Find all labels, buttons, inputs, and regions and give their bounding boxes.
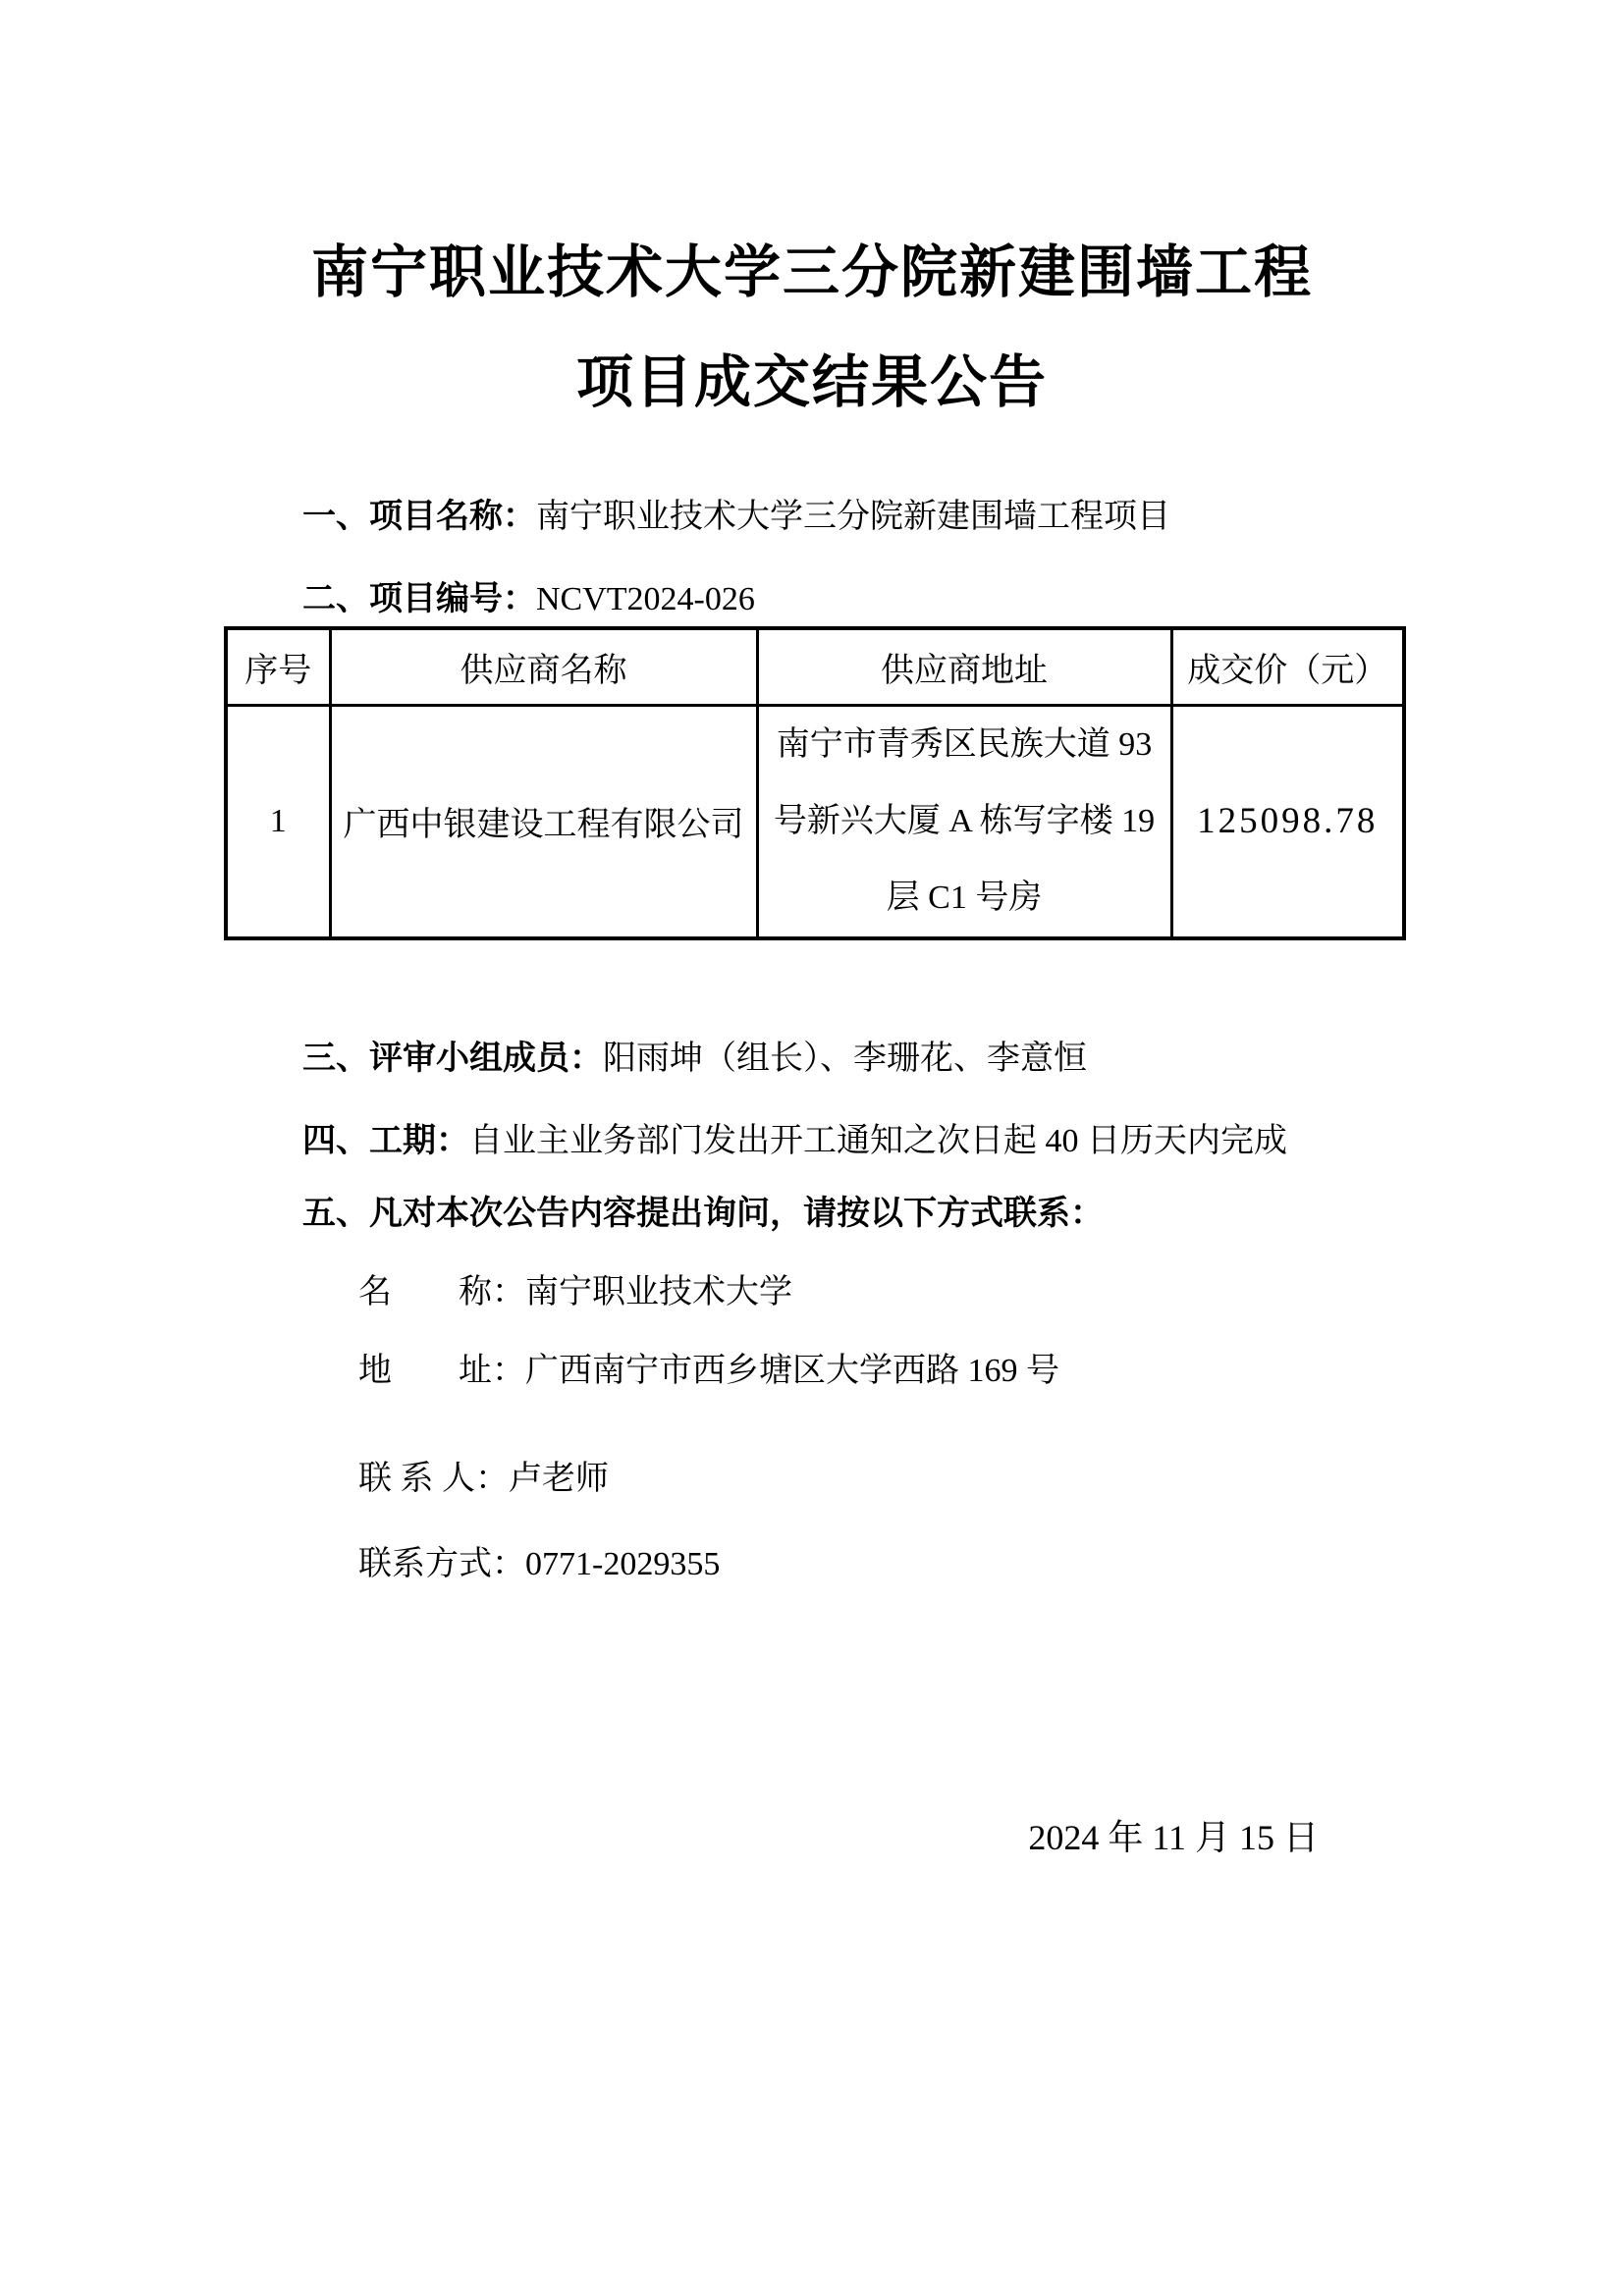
contact-phone-value: 0771-2029355 (525, 1546, 720, 1582)
project-name-label: 一、项目名称： (302, 499, 536, 535)
header-supplier-name: 供应商名称 (330, 628, 757, 705)
project-code-value: NCVT2024-026 (536, 581, 755, 617)
contact-person-label: 联 系 人： (358, 1461, 509, 1497)
document-title-line-1: 南宁职业技术大学三分院新建围墙工程 (0, 218, 1624, 328)
inquiry-label: 五、凡对本次公告内容提出询问，请按以下方式联系： (302, 1196, 1104, 1232)
header-serial-number: 序号 (226, 628, 330, 705)
section-review-panel: 三、评审小组成员：阳雨坤（组长）、李珊花、李意恒 (302, 1037, 1467, 1082)
document-title: 南宁职业技术大学三分院新建围墙工程 项目成交结果公告 (0, 218, 1624, 438)
supplier-address-line-3: 层 C1 号房 (759, 860, 1170, 936)
contact-phone-line: 联系方式：0771-2029355 (358, 1542, 1624, 1587)
review-panel-label: 三、评审小组成员： (302, 1041, 603, 1077)
supplier-address-line-2: 号新兴大厦 A 栋写字楼 19 (759, 783, 1170, 860)
cell-award-price: 125098.78 (1171, 705, 1404, 938)
announcement-document: 南宁职业技术大学三分院新建围墙工程 项目成交结果公告 一、项目名称：南宁职业技术… (0, 0, 1624, 2296)
contact-address-value: 广西南宁市西乡塘区大学西路 169 号 (525, 1353, 1059, 1389)
document-date: 2024 年 11 月 15 日 (0, 1815, 1624, 1860)
contact-person-value: 卢老师 (509, 1461, 609, 1497)
cell-serial-number: 1 (226, 705, 330, 938)
header-award-price: 成交价（元） (1171, 628, 1404, 705)
section-project-name: 一、项目名称：南宁职业技术大学三分院新建围墙工程项目 (302, 495, 1467, 540)
supplier-address-line-1: 南宁市青秀区民族大道 93 (759, 707, 1170, 783)
section-project-code: 二、项目编号：NCVT2024-026 (302, 577, 1467, 622)
review-panel-value: 阳雨坤（组长）、李珊花、李意恒 (603, 1041, 1087, 1077)
award-price-value: 125098.78 (1197, 801, 1378, 841)
contact-phone-label: 联系方式： (358, 1546, 525, 1582)
contact-name-label: 名 称： (358, 1274, 525, 1310)
cell-supplier-address: 南宁市青秀区民族大道 93 号新兴大厦 A 栋写字楼 19 层 C1 号房 (757, 705, 1171, 938)
duration-value: 自业主业务部门发出开工通知之次日起 40 日历天内完成 (469, 1123, 1287, 1159)
contact-name-value: 南宁职业技术大学 (525, 1274, 792, 1310)
header-supplier-address: 供应商地址 (757, 628, 1171, 705)
cell-supplier-name: 广西中银建设工程有限公司 (330, 705, 757, 938)
contact-person-line: 联 系 人：卢老师 (358, 1457, 1624, 1502)
project-code-label: 二、项目编号： (302, 581, 536, 617)
table-header-row: 序号 供应商名称 供应商地址 成交价（元） (226, 628, 1404, 705)
contact-address-label: 地 址： (358, 1353, 525, 1389)
contact-address-line: 地 址：广西南宁市西乡塘区大学西路 169 号 (358, 1349, 1624, 1394)
award-result-table: 序号 供应商名称 供应商地址 成交价（元） 1 广西中银建设工程有限公司 南宁市… (224, 626, 1406, 940)
section-duration: 四、工期：自业主业务部门发出开工通知之次日起 40 日历天内完成 (302, 1119, 1467, 1164)
table-row: 1 广西中银建设工程有限公司 南宁市青秀区民族大道 93 号新兴大厦 A 栋写字… (226, 705, 1404, 938)
document-title-line-2: 项目成交结果公告 (0, 328, 1624, 438)
contact-name-line: 名 称：南宁职业技术大学 (358, 1270, 1624, 1315)
duration-label: 四、工期： (302, 1123, 469, 1159)
project-name-value: 南宁职业技术大学三分院新建围墙工程项目 (536, 499, 1170, 535)
section-inquiry: 五、凡对本次公告内容提出询问，请按以下方式联系： (302, 1192, 1467, 1237)
